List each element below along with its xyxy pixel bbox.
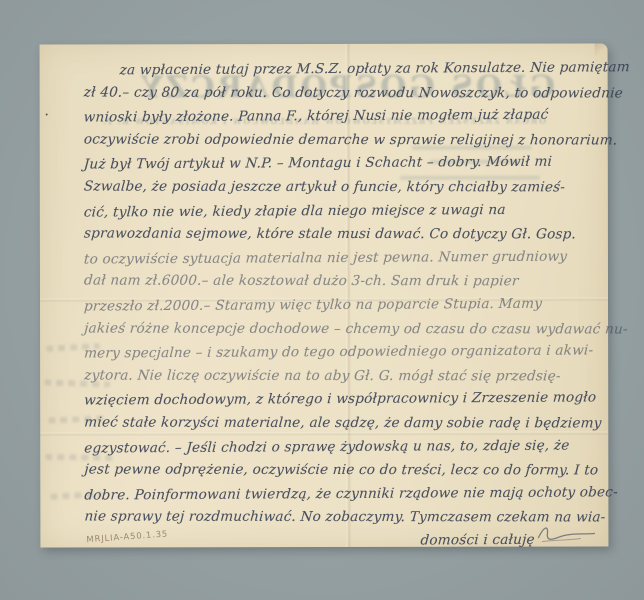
handwriting-line: sprawozdania sejmowe, które stale musi d… — [83, 223, 603, 248]
handwriting-line: egzystować. – Jeśli chodzi o sprawę żydo… — [83, 434, 603, 461]
handwriting-line: nie sprawy tej rozdmuchiwać. No zobaczym… — [84, 506, 604, 531]
photo-background: GŁOS GOSPODARCZY ORGAN ZRZESZEŃ PRZEMYSŁ… — [0, 0, 644, 600]
handwriting-line: dobre. Poinformowani twierdzą, że czynni… — [84, 481, 604, 508]
handwriting-line: wnioski były złożone. Panna F., której N… — [83, 104, 603, 131]
handwriting-line: zytora. Nie liczę oczywiście na to aby G… — [83, 364, 603, 389]
handwriting-line: cić, tylko nie wie, kiedy złapie dla nie… — [83, 198, 603, 225]
handwriting-line: oczywiście zrobi odpowiednie demarche w … — [83, 128, 603, 153]
signature-flourish — [534, 522, 598, 546]
handwriting-line: Szwalbe, że posiada jeszcze artykuł o fu… — [83, 175, 603, 200]
handwriting-line: mery specjalne – i szukamy do tego odpow… — [83, 340, 603, 367]
handwriting-line: wzięciem dochodowym, z którego i współpr… — [83, 387, 603, 414]
handwriting-line: dał nam zł.6000.– ale kosztował dużo 3-c… — [83, 270, 603, 295]
handwriting-line: jakieś różne koncepcje dochodowe – chcem… — [83, 317, 603, 342]
handwriting-line: zł 40.– czy 80 za pół roku. Co dotyczy r… — [83, 81, 603, 106]
handwriting-text: za wpłacenie tutaj przez M.S.Z. opłaty z… — [40, 44, 609, 554]
handwriting-line: za wpłacenie tutaj przez M.S.Z. opłaty z… — [83, 56, 603, 83]
corner-fold — [595, 44, 608, 57]
handwriting-line: mieć stałe korzyści materialne, ale sądz… — [83, 411, 603, 436]
handwriting-line: to oczywiście sytuacja materialna nie je… — [83, 245, 603, 272]
handwriting-line: jest pewne odprężenie, oczywiście nie co… — [84, 459, 604, 484]
handwriting-line: przeszło zł.2000.– Staramy więc tylko na… — [83, 292, 603, 319]
handwriting-line: Już był Twój artykuł w N.P. – Montagu i … — [83, 151, 603, 178]
letter-page: GŁOS GOSPODARCZY ORGAN ZRZESZEŃ PRZEMYSŁ… — [40, 44, 609, 548]
